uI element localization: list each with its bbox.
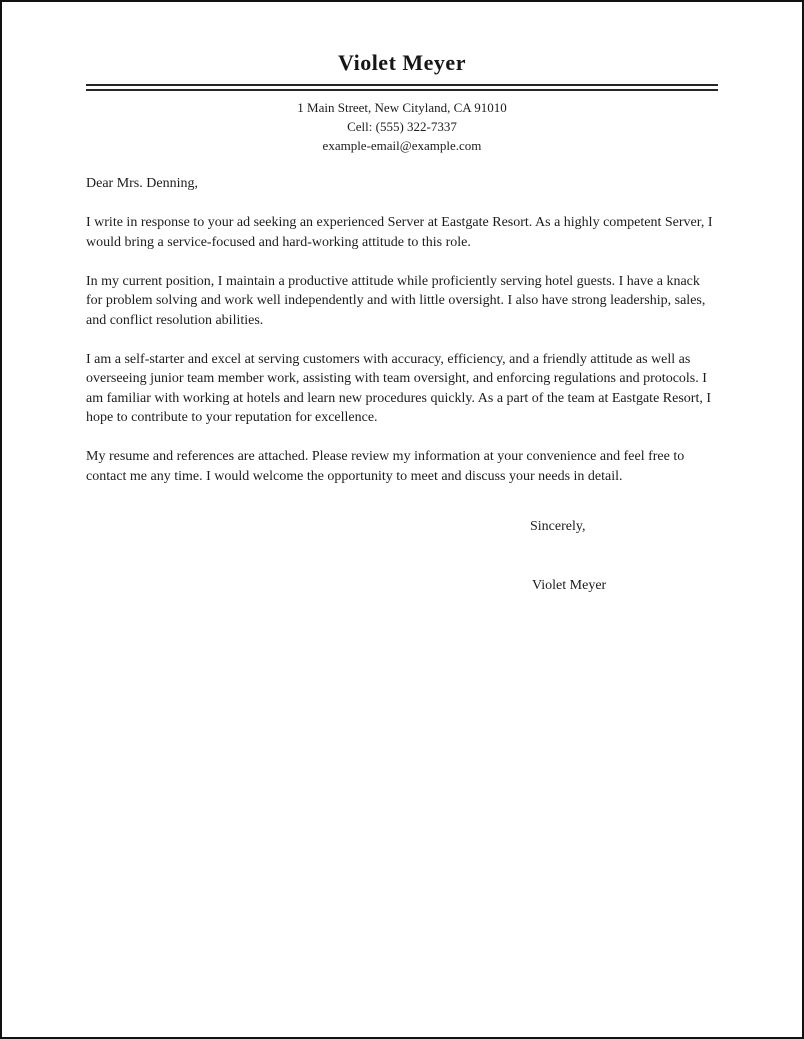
contact-address: 1 Main Street, New Cityland, CA 91010 [2,98,802,117]
contact-email: example-email@example.com [2,136,802,155]
cover-letter-page: Violet Meyer 1 Main Street, New Cityland… [0,0,804,1039]
paragraph-resume-attached: My resume and references are attached. P… [86,447,718,486]
header-double-rule [86,84,718,91]
contact-phone: Cell: (555) 322-7337 [2,117,802,136]
signature-name: Violet Meyer [86,576,718,596]
paragraph-intro: I write in response to your ad seeking a… [86,213,718,252]
paragraph-current-position: In my current position, I maintain a pro… [86,272,718,331]
candidate-name-heading: Violet Meyer [2,50,802,76]
salutation: Dear Mrs. Denning, [86,174,718,194]
closing-sincerely: Sincerely, [86,517,718,537]
letter-header: Violet Meyer 1 Main Street, New Cityland… [2,50,802,155]
contact-block: 1 Main Street, New Cityland, CA 91010 Ce… [2,98,802,155]
paragraph-skills: I am a self-starter and excel at serving… [86,350,718,428]
closing-block: Sincerely, Violet Meyer [86,517,718,595]
letter-body: Dear Mrs. Denning, I write in response t… [86,174,718,486]
